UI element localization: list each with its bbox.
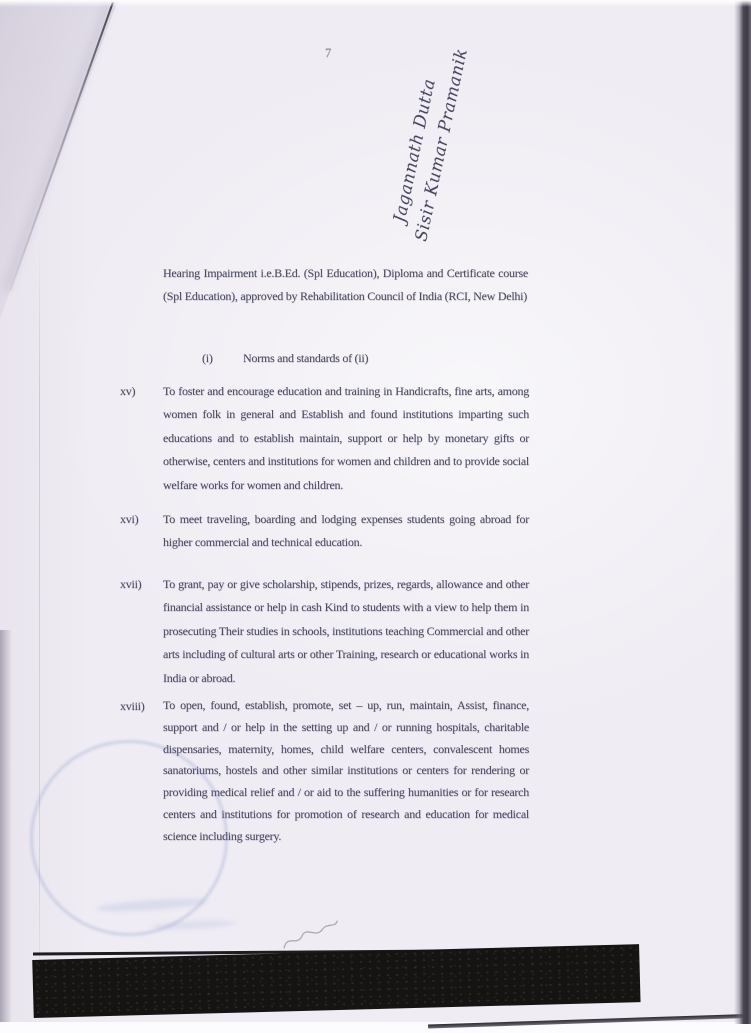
- clause-xvi: xvi) To meet traveling, boarding and lod…: [120, 508, 529, 555]
- clause-number: xvi): [120, 508, 163, 555]
- page-number: 7: [325, 46, 332, 61]
- left-page-edge-shadow: [0, 630, 12, 1030]
- clause-text: To meet traveling, boarding and lodging …: [163, 508, 529, 555]
- sub-item-row: (i) Norms and standards of (ii): [202, 347, 532, 370]
- clause-xv: xv) To foster and encourage education an…: [120, 380, 529, 497]
- intro-paragraph: Hearing Impairment i.e.B.Ed. (Spl Educat…: [163, 262, 528, 309]
- scan-bottom-margin: [0, 1022, 751, 1033]
- paper-fold-line: [39, 240, 40, 1030]
- sub-item-label: (i): [202, 347, 243, 370]
- clause-text: To foster and encourage education and tr…: [163, 380, 529, 497]
- clause-xvii: xvii) To grant, pay or give scholarship,…: [120, 573, 529, 690]
- clause-number: xv): [120, 380, 163, 497]
- clause-text: To grant, pay or give scholarship, stipe…: [163, 573, 529, 690]
- right-page-edge-shadow: [734, 0, 751, 1024]
- scan-top-margin: [0, 0, 751, 7]
- clause-number: xvii): [120, 573, 163, 690]
- sub-item-text: Norms and standards of (ii): [243, 347, 368, 370]
- scanned-document-page: 7 Jagannath Dutta Sisir Kumar Pramanik H…: [0, 0, 751, 1033]
